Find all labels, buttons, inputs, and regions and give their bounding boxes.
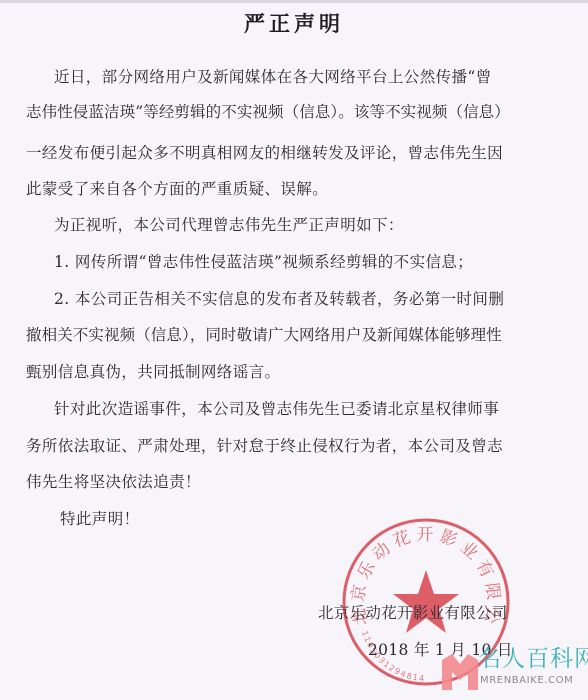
signature-company: 北京乐动花开影业有限公司 [318, 601, 508, 623]
body-line: 志伟性侵蓝洁瑛”等经剪辑的不实视频（信息）。该等不实视频（信息） [26, 100, 510, 122]
watermark-logo-icon [440, 652, 480, 692]
list-item-2: 2. 本公司正告相关不实信息的发布者及转载者，务必第一时间删 [54, 287, 504, 309]
document-title: 严正声明 [0, 8, 588, 38]
body-line: 为正视听，本公司代理曾志伟先生严正声明如下： [54, 213, 404, 235]
watermark-name: 名人百科网 [478, 640, 588, 673]
closing-line: 特此声明！ [60, 507, 140, 529]
watermark-domain: MRENBAIKE.COM [480, 675, 573, 686]
body-line: 甄别信息真伪，共同抵制网络谣言。 [26, 360, 280, 382]
body-line: 此蒙受了来自各个方面的严重质疑、误解。 [26, 177, 328, 199]
body-line: 撤相关不实视频（信息），同时敬请广大网络用户及新闻媒体能够理性 [26, 323, 502, 345]
body-line: 近日，部分网络用户及新闻媒体在各大网络平台上公然传播“曾 [54, 65, 492, 87]
page-top-edge [0, 0, 588, 3]
body-line: 针对此次造谣事件，本公司及曾志伟先生已委请北京星权律师事 [54, 397, 499, 419]
body-line: 务所依法取证、严肃处理，针对怠于终止侵权行为者，本公司及曾志 [26, 434, 503, 456]
site-watermark: 名人百科网 MRENBAIKE.COM [438, 640, 588, 700]
list-item-1: 1. 网传所谓“曾志伟性侵蓝洁瑛”视频系经剪辑的不实信息； [54, 250, 473, 272]
body-line: 一经发布便引起众多不明真相网友的相继转发及评论，曾志伟先生因 [26, 141, 503, 163]
body-line: 伟先生将坚决依法追责！ [26, 470, 201, 492]
